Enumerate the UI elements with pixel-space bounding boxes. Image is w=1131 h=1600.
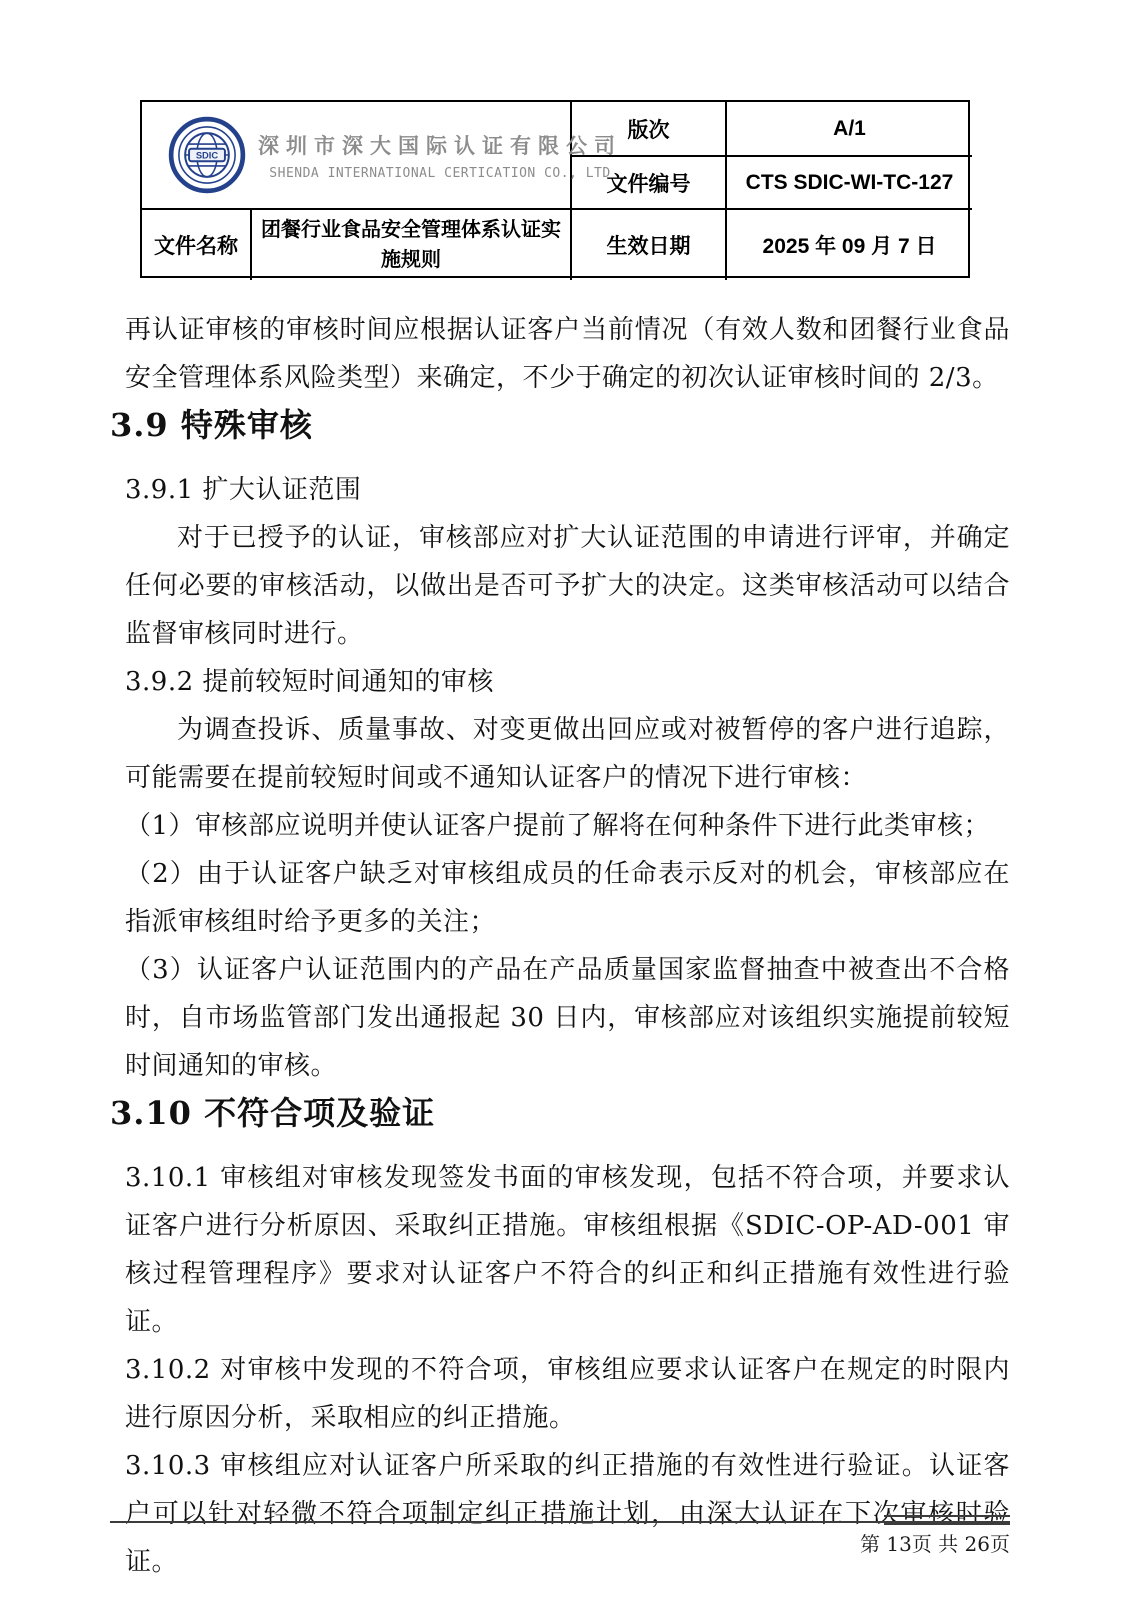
company-name-en: SHENDA INTERNATIONAL CERTICATION CO., LT… [258,166,622,181]
section-heading: 3.10 不符合项及验证 [110,1092,1010,1134]
version-value: A/1 [727,102,972,157]
paragraph: 3.10.1 审核组对审核发现签发书面的审核发现，包括不符合项，并要求认证客户进… [110,1154,1010,1346]
paragraph: （2）由于认证客户缺乏对审核组成员的任命表示反对的机会，审核部应在指派审核组时给… [110,850,1010,946]
doc-number-label: 文件编号 [572,157,727,210]
version-label: 版次 [572,102,727,157]
paragraph: 3.9.2 提前较短时间通知的审核 [110,658,1010,706]
doc-name-value: 团餐行业食品安全管理体系认证实施规则 [252,210,572,280]
document-body: 再认证审核的审核时间应根据认证客户当前情况（有效人数和团餐行业食品安全管理体系风… [110,306,1010,1586]
section-heading: 3.9 特殊审核 [110,404,1010,446]
paragraph: 对于已授予的认证，审核部应对扩大认证范围的申请进行评审，并确定任何必要的审核活动… [110,514,1010,658]
paragraph: 3.9.1 扩大认证范围 [110,466,1010,514]
header-table: SDIC 深圳市深大国际认证有限公司 SHENDA INTERNATIONAL … [140,100,970,278]
paragraph: 再认证审核的审核时间应根据认证客户当前情况（有效人数和团餐行业食品安全管理体系风… [110,306,1010,402]
paragraph: 3.10.2 对审核中发现的不符合项，审核组应要求认证客户在规定的时限内进行原因… [110,1346,1010,1442]
paragraph: （3）认证客户认证范围内的产品在产品质量国家监督抽查中被查出不合格时，自市场监管… [110,946,1010,1090]
doc-number-value: CTS SDIC-WI-TC-127 [727,157,972,210]
page-footer: 第 13页 共 26页 [110,1514,1010,1574]
logo-text: SDIC [196,151,219,161]
sdic-globe-logo-icon: SDIC [168,116,246,194]
footer-rule [110,1521,1010,1523]
company-header-cell: SDIC 深圳市深大国际认证有限公司 SHENDA INTERNATIONAL … [142,102,572,210]
company-name-cn: 深圳市深大国际认证有限公司 [258,130,622,160]
page-number: 第 13页 共 26页 [860,1528,1010,1557]
effective-date-value: 2025 年 09 月 7 日 [727,210,972,280]
paragraph: （1）审核部应说明并使认证客户提前了解将在何种条件下进行此类审核； [110,802,1010,850]
document-page: SDIC 深圳市深大国际认证有限公司 SHENDA INTERNATIONAL … [0,0,1131,1600]
footer-double-rule [884,1515,1010,1525]
effective-date-label: 生效日期 [572,210,727,280]
paragraph: 为调查投诉、质量事故、对变更做出回应或对被暂停的客户进行追踪，可能需要在提前较短… [110,706,1010,802]
doc-name-label: 文件名称 [142,210,252,280]
company-name-block: 深圳市深大国际认证有限公司 SHENDA INTERNATIONAL CERTI… [258,130,622,181]
